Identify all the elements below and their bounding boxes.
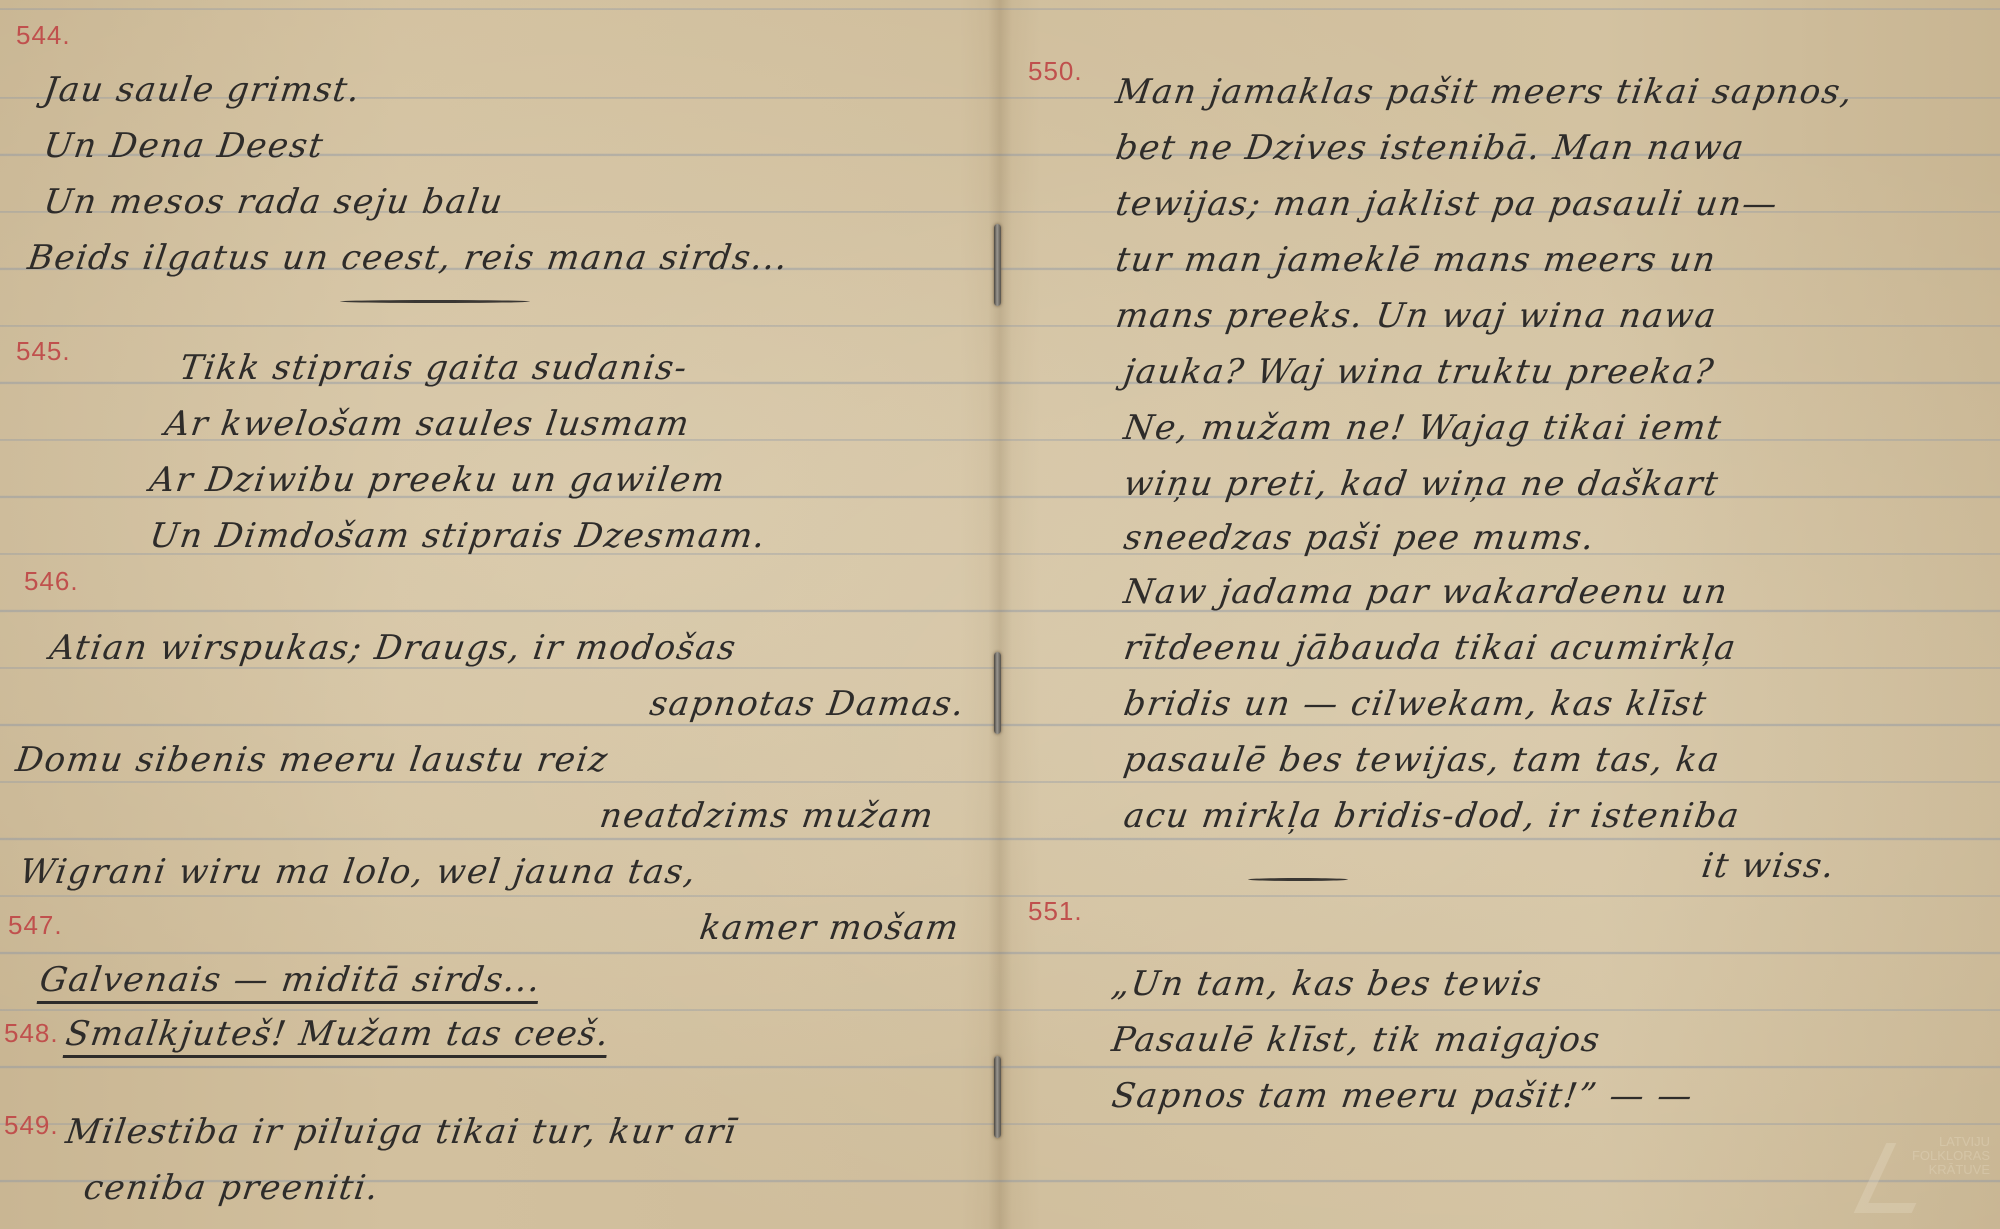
text-line: rītdeenu jābauda tikai acumirkļa bbox=[1121, 628, 1739, 668]
entry-number: 551. bbox=[1028, 896, 1083, 927]
text-line: Atian wirspukas; Draugs, ir modošas bbox=[47, 628, 739, 668]
entry-number: 547. bbox=[8, 910, 63, 941]
text-line: mans preeks. Un waj wina nawa bbox=[1113, 296, 1719, 336]
text-line: tewijas; man jaklist pa pasauli un— bbox=[1113, 184, 1781, 224]
text-line: Tikk stiprais gaita sudanis- bbox=[177, 348, 690, 388]
staple-middle bbox=[994, 652, 1001, 734]
entry-number: 549. bbox=[4, 1110, 59, 1141]
archive-watermark: LATVIJU FOLKLORAS KRĀTUVE bbox=[1870, 1135, 1990, 1215]
notebook-spread: 544. Jau saule grimst. Un Dena Deest Un … bbox=[0, 0, 2000, 1229]
text-line: tur man jameklē mans meers un bbox=[1113, 240, 1719, 280]
entry-number: 544. bbox=[16, 20, 71, 51]
text-line: Domu sibenis meeru laustu reiz bbox=[13, 740, 611, 780]
text-line: jauka? Waj wina truktu preeka? bbox=[1121, 352, 1717, 392]
text-line: sneedzas paši pee mums. bbox=[1121, 518, 1598, 558]
entry-number: 550. bbox=[1028, 56, 1083, 87]
left-page: 544. Jau saule grimst. Un Dena Deest Un … bbox=[0, 0, 988, 1229]
text-line: Ar Dziwibu preeku un gawilem bbox=[147, 460, 728, 500]
text-line: neatdzims mužam bbox=[597, 796, 937, 836]
text-line: acu mirkļa bridis-dod, ir isteniba bbox=[1121, 796, 1742, 836]
text-line: Ar kwelošam saules lusmam bbox=[162, 404, 693, 444]
text-line: Pasaulē klīst, tik maigajos bbox=[1109, 1020, 1603, 1060]
divider-flourish bbox=[340, 300, 530, 303]
staple-top bbox=[994, 224, 1001, 306]
text-line: Beids ilgatus un ceest, reis mana sirds.… bbox=[25, 238, 791, 278]
divider-flourish bbox=[1248, 878, 1348, 881]
staple-bottom bbox=[994, 1056, 1001, 1138]
text-line: bridis un — cilwekam, kas klīst bbox=[1121, 684, 1710, 724]
text-line: it wiss. bbox=[1699, 846, 1838, 886]
text-line: Un Dimdošam stiprais Dzesmam. bbox=[147, 516, 769, 556]
text-line: Naw jadama par wakardeenu un bbox=[1121, 572, 1731, 612]
text-line: Un mesos rada seju balu bbox=[41, 182, 506, 222]
text-line-underlined: Galvenais — miditā sirds... bbox=[37, 960, 544, 1000]
text-line: sapnotas Damas. bbox=[647, 684, 967, 724]
text-line: pasaulē bes tewijas, tam tas, ka bbox=[1121, 740, 1723, 780]
text-line: Wigrani wiru ma lolo, wel jauna tas, bbox=[17, 852, 699, 892]
binding-gutter bbox=[988, 0, 1012, 1229]
text-line: bet ne Dzives istenibā. Man nawa bbox=[1113, 128, 1747, 168]
text-line: Sapnos tam meeru pašit!” — — bbox=[1109, 1076, 1696, 1116]
text-line: Jau saule grimst. bbox=[41, 70, 363, 110]
right-page: 550. Man jamaklas pašit meers tikai sapn… bbox=[1012, 0, 2000, 1229]
text-line: Ne, mužam ne! Wajag tikai iemt bbox=[1121, 408, 1725, 448]
text-line: Man jamaklas pašit meers tikai sapnos, bbox=[1113, 72, 1856, 112]
text-line: Milestiba ir piluiga tikai tur, kur arī bbox=[63, 1112, 739, 1152]
text-line: Un Dena Deest bbox=[41, 126, 326, 166]
text-line: kamer mošam bbox=[697, 908, 962, 948]
text-line: ceniba preeniti. bbox=[81, 1168, 382, 1208]
entry-number: 546. bbox=[24, 566, 79, 597]
entry-number: 548. bbox=[4, 1018, 59, 1049]
text-line: wiņu preti, kad wiņa ne daškart bbox=[1121, 464, 1721, 504]
text-line: „Un tam, kas bes tewis bbox=[1109, 964, 1545, 1004]
text-line-underlined: Smalkjuteš! Mužam tas ceeš. bbox=[63, 1014, 612, 1054]
entry-number: 545. bbox=[16, 336, 71, 367]
